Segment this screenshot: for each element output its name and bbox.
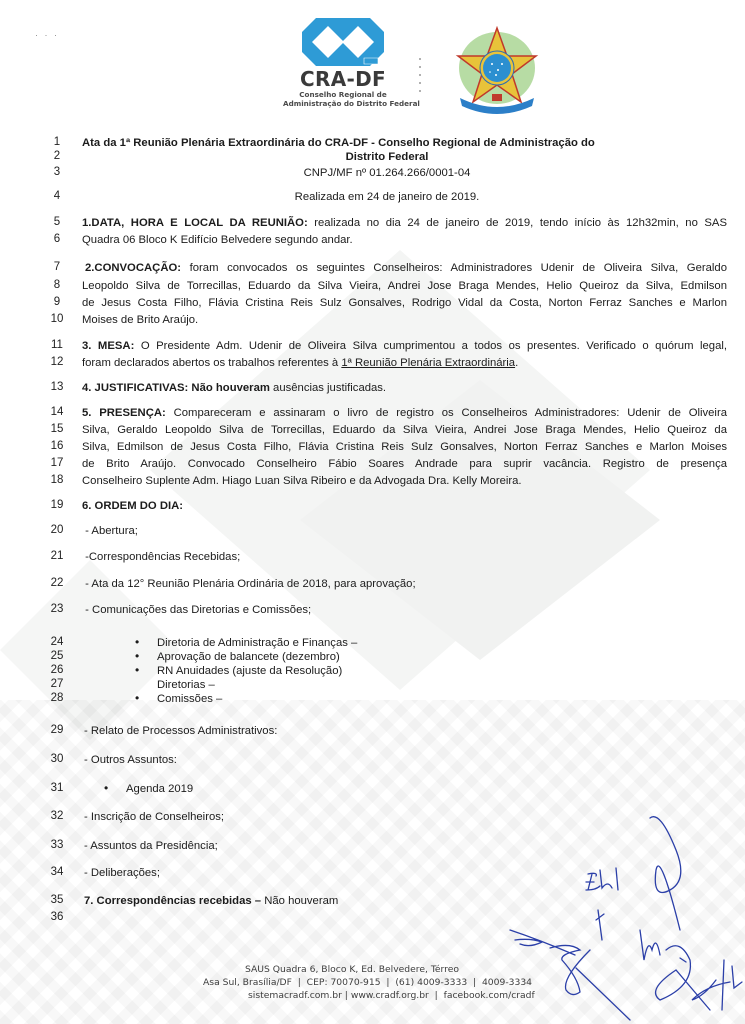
line-number: 15 (47, 423, 67, 435)
section-2-line: 2.CONVOCAÇÃO: foram convocados os seguin… (85, 261, 727, 275)
line-number: 30 (47, 753, 67, 765)
line-number: 23 (47, 603, 67, 615)
section-4-heading: 4. JUSTIFICATIVAS: Não houveram (82, 382, 270, 394)
agenda-subitem: Comissões – (157, 692, 222, 706)
bullet-icon: • (135, 691, 139, 705)
line-number: 5 (47, 216, 67, 228)
footer-address: SAUS Quadra 6, Bloco K, Ed. Belvedere, T… (0, 963, 745, 976)
section-2-line: Leopoldo Silva de Torrecillas, Eduardo d… (82, 279, 727, 293)
section-2-line: Moises de Brito Araújo. (82, 313, 198, 327)
line-number: 9 (47, 296, 67, 308)
agenda-item: - Inscrição de Conselheiros; (84, 810, 224, 824)
section-7-line: 7. Correspondências recebidas – Não houv… (84, 894, 338, 908)
line-number: 22 (47, 577, 67, 589)
agenda-item: - Assuntos da Presidência; (84, 839, 218, 853)
section-5-line: de Brito Araújo. Convocado Conselheiro F… (82, 457, 727, 471)
agenda-subitem: Aprovação de balancete (dezembro) (157, 650, 340, 664)
line-number: 8 (47, 279, 67, 291)
agenda-item: - Abertura; (82, 524, 138, 538)
line-number: 17 (47, 457, 67, 469)
section-1-line: 1.DATA, HORA E LOCAL DA REUNIÃO: realiza… (82, 216, 727, 230)
bullet-icon: • (135, 635, 139, 649)
meeting-name-underlined: 1ª Reunião Plenária Extraordinária (341, 357, 515, 369)
agenda-item: - Deliberações; (84, 866, 160, 880)
section-5-line: 5. PRESENÇA: Compareceram e assinaram o … (82, 406, 727, 420)
line-number: 18 (47, 474, 67, 486)
line-number: 33 (47, 839, 67, 851)
footer-links: sistemacradf.com.br | www.cradf.org.br |… (0, 989, 745, 1002)
line-number: 13 (47, 381, 67, 393)
line-number: 36 (47, 911, 67, 923)
section-2-line: de Jesus Costa Filho, Flávia Cristina Re… (82, 296, 727, 310)
line-number: 34 (47, 866, 67, 878)
meeting-date: Realizada em 24 de janeiro de 2019. (82, 190, 692, 204)
line-number: 26 (47, 664, 67, 676)
section-1-line: Quadra 06 Bloco K Edifício Belvedere seg… (82, 233, 353, 247)
line-number: 6 (47, 233, 67, 245)
document-title-cont: Distrito Federal (82, 150, 692, 164)
line-number: 12 (47, 356, 67, 368)
separator-dots (419, 58, 422, 98)
agenda-item: - Relato de Processos Administrativos: (84, 724, 277, 738)
line-number: 11 (47, 339, 67, 351)
line-number: 14 (47, 406, 67, 418)
agenda-subitem: Agenda 2019 (126, 782, 193, 796)
line-number: 24 (47, 636, 67, 648)
line-number: 32 (47, 810, 67, 822)
letterhead-footer: SAUS Quadra 6, Bloco K, Ed. Belvedere, T… (0, 963, 745, 1002)
line-number: 31 (47, 782, 67, 794)
line-number: 27 (47, 678, 67, 690)
bullet-icon: • (135, 663, 139, 677)
footer-contact: Asa Sul, Brasília/DF | CEP: 70070-915 | … (0, 976, 745, 989)
bullet-icon: • (104, 781, 108, 795)
section-5-line: Silva, Edmilson de Jesus Costa Filho, Fl… (82, 440, 727, 454)
section-3-heading: 3. MESA: (82, 340, 134, 352)
line-number: 20 (47, 524, 67, 536)
section-2-heading: 2.CONVOCAÇÃO: (85, 262, 181, 274)
section-3-line: foram declarados abertos os trabalhos re… (82, 356, 518, 370)
line-number: 10 (47, 313, 67, 325)
line-number: 25 (47, 650, 67, 662)
section-4-line: 4. JUSTIFICATIVAS: Não houveram ausência… (82, 381, 386, 395)
line-number: 21 (47, 550, 67, 562)
agenda-item: - Outros Assuntos: (84, 753, 177, 767)
cra-logo-icon (302, 18, 384, 66)
agenda-subitem: RN Anuidades (ajuste da Resolução) (157, 664, 342, 678)
line-number: 35 (47, 894, 67, 906)
line-number: 28 (47, 692, 67, 704)
section-5-line: Conselheiro Suplente Adm. Hiago Luan Sil… (82, 474, 522, 488)
section-3-line: 3. MESA: O Presidente Adm. Udenir de Oli… (82, 339, 727, 353)
org-acronym: CRA-DF (283, 68, 403, 90)
line-number: 29 (47, 724, 67, 736)
line-number: 7 (47, 261, 67, 273)
brazil-coat-of-arms-icon (452, 26, 542, 114)
line-number: 16 (47, 440, 67, 452)
section-7-heading: 7. Correspondências recebidas – (84, 895, 261, 907)
section-6-heading: 6. ORDEM DO DIA: (82, 499, 183, 513)
org-name-line1: Conselho Regional de (283, 90, 403, 99)
letterhead: CRA-DF Conselho Regional de Administraçã… (0, 8, 745, 118)
cnpj: CNPJ/MF nº 01.264.266/0001-04 (82, 166, 692, 180)
line-number: 1 (47, 136, 67, 148)
section-5-line: Silva, Geraldo Leopoldo Silva de Torreci… (82, 423, 727, 437)
line-number: 3 (47, 166, 67, 178)
bullet-icon: • (135, 649, 139, 663)
line-number: 2 (47, 150, 67, 162)
line-number: 19 (47, 499, 67, 511)
section-1-heading: 1.DATA, HORA E LOCAL DA REUNIÃO: (82, 217, 308, 229)
agenda-item: -Correspondências Recebidas; (82, 550, 240, 564)
cra-df-logo: CRA-DF Conselho Regional de Administraçã… (283, 18, 403, 118)
agenda-item: - Comunicações das Diretorias e Comissõe… (82, 603, 311, 617)
document-title: Ata da 1ª Reunião Plenária Extraordinári… (82, 136, 595, 150)
section-5-heading: 5. PRESENÇA: (82, 407, 166, 419)
agenda-item: - Ata da 12° Reunião Plenária Ordinária … (82, 577, 416, 591)
line-number: 4 (47, 190, 67, 202)
agenda-subitem: Diretoria de Administração e Finanças – (157, 636, 357, 650)
org-name-line2: Administração do Distrito Federal (283, 99, 403, 108)
agenda-subitem: Diretorias – (157, 678, 215, 692)
